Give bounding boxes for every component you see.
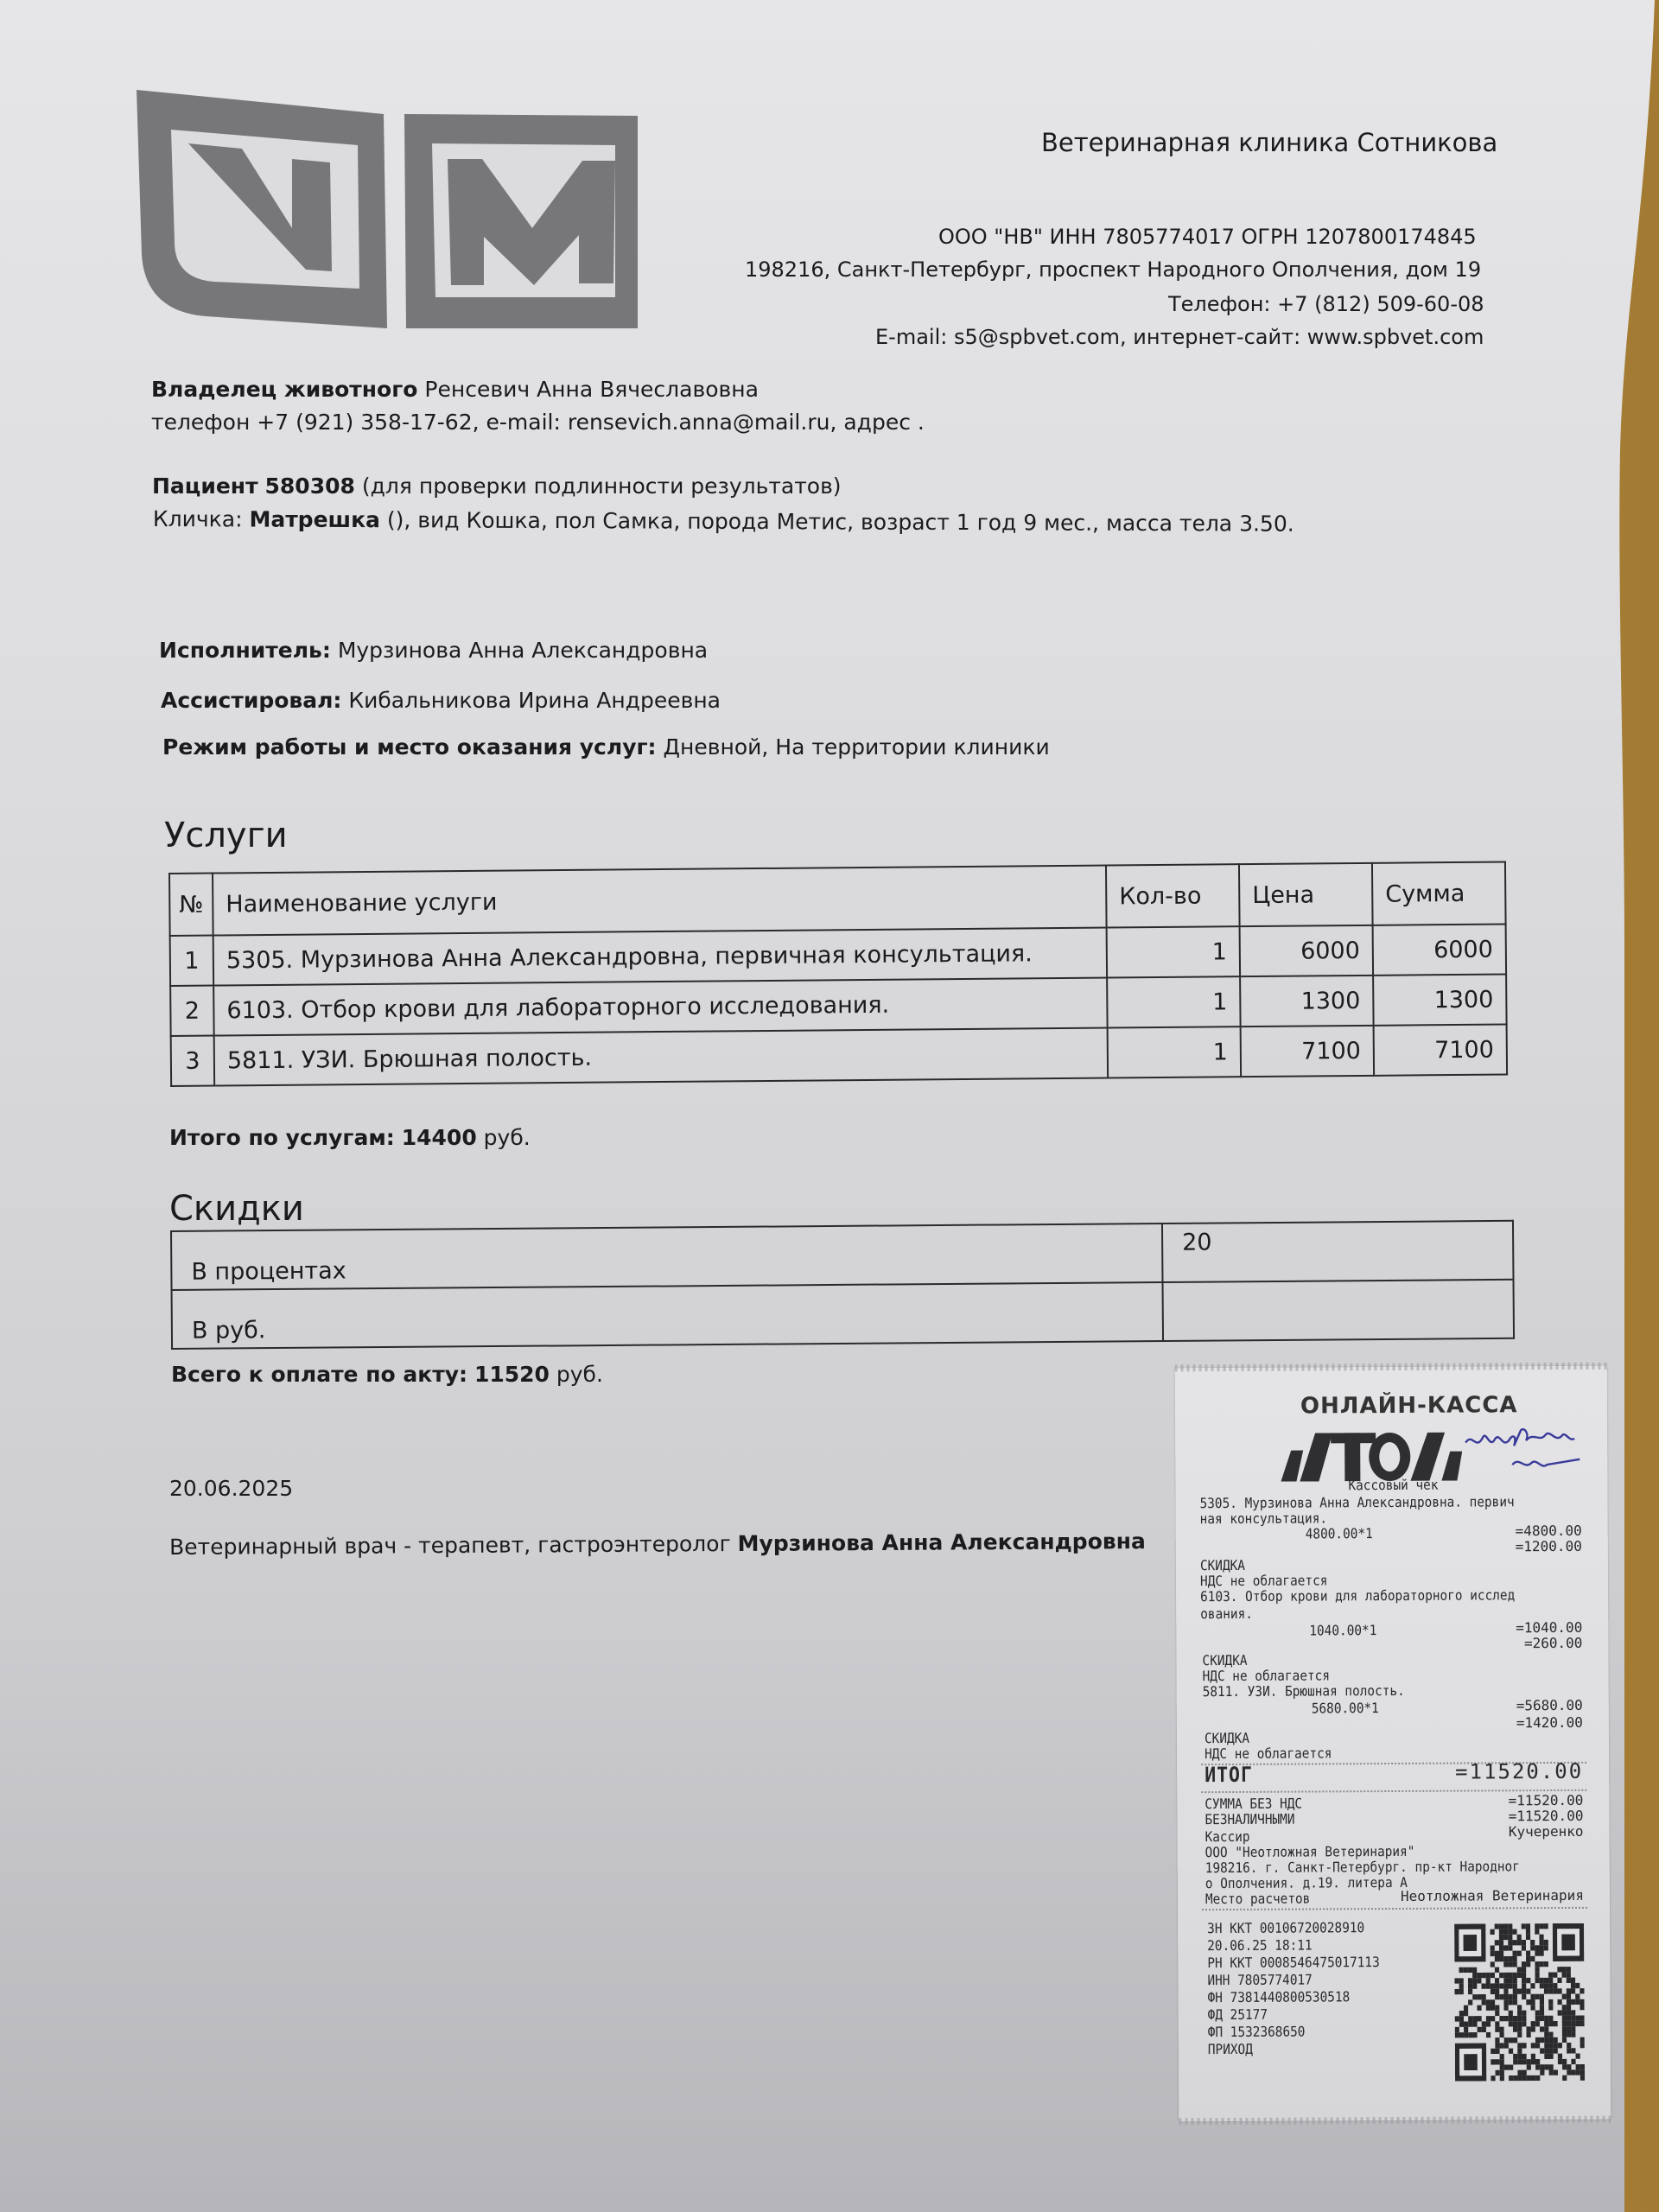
- invoice-sheet: Ветеринарная клиника Сотникова ООО "НВ" …: [0, 0, 1659, 2212]
- receipt-item-2-vat: НДС не облагается: [1203, 1668, 1330, 1684]
- services-total-label: Итого по услугам:: [169, 1125, 395, 1150]
- service-name: 5305. Мурзинова Анна Александровна, перв…: [213, 928, 1107, 986]
- receipt-tear-edge: [1179, 2116, 1611, 2126]
- service-mode-label: Режим работы и место оказания услуг:: [162, 734, 657, 760]
- patient-id-note: (для проверки подлинности результатов): [362, 474, 842, 499]
- act-date: 20.06.2025: [169, 1476, 293, 1501]
- receipt-total-label: ИТОГ: [1205, 1767, 1253, 1783]
- service-row: 35811. УЗИ. Брюшная полость.171007100: [171, 1024, 1507, 1085]
- receipt-item-1-line2: ная консультация.: [1200, 1510, 1327, 1527]
- service-mode-line: Режим работы и место оказания услуг: Дне…: [162, 734, 1050, 760]
- receipt-item-1-discount: =1200.00: [1516, 1539, 1582, 1554]
- services-header-row: № Наименование услуги Кол-во Цена Сумма: [169, 862, 1506, 936]
- nickname-label: Кличка:: [153, 506, 243, 531]
- performer-label: Исполнитель:: [159, 638, 331, 663]
- receipt-item-1-vat: НДС не облагается: [1200, 1573, 1327, 1589]
- col-service-name: Наименование услуги: [213, 866, 1107, 936]
- receipt-datetime: 20.06.25 18:11: [1207, 1937, 1312, 1954]
- doctor-signature-line: Ветеринарный врач - терапевт, гастроэнте…: [169, 1529, 1146, 1560]
- receipt-address-2: о Ополчения. д.19. литера А: [1205, 1875, 1408, 1891]
- service-sum: 7100: [1374, 1024, 1508, 1075]
- service-name: 5811. УЗИ. Брюшная полость.: [214, 1028, 1108, 1086]
- payment-total-value: 11520: [474, 1362, 550, 1387]
- qr-code-icon[interactable]: [1454, 1923, 1585, 2082]
- receipt-cashier: Кучеренко: [1509, 1824, 1584, 1840]
- services-table: № Наименование услуги Кол-во Цена Сумма …: [168, 861, 1508, 1086]
- performer-name: Мурзинова Анна Александровна: [338, 638, 708, 663]
- performer-line: Исполнитель: Мурзинова Анна Александровн…: [159, 638, 708, 663]
- receipt-item-3-qty-price: 5680.00*1: [1312, 1700, 1379, 1716]
- discount-rub-value: [1163, 1280, 1515, 1341]
- receipt-doc-type: Кассовый чек: [1348, 1478, 1438, 1494]
- col-price: Цена: [1239, 863, 1373, 926]
- discounts-table: В процентах 20 В руб.: [170, 1220, 1515, 1350]
- owner-line: Владелец животного Ренсевич Анна Вячесла…: [151, 377, 759, 402]
- receipt-item-3-vat: НДС не облагается: [1205, 1745, 1332, 1762]
- receipt-place: Неотложная Ветеринария: [1401, 1888, 1584, 1904]
- receipt-item-2-amount: =1040.00: [1516, 1620, 1582, 1636]
- row-number: 3: [171, 1036, 215, 1086]
- receipt-address-1: 198216. г. Санкт-Петербург. пр-кт Народн…: [1205, 1859, 1520, 1876]
- services-title: Услуги: [164, 816, 288, 855]
- service-price: 7100: [1241, 1026, 1375, 1077]
- patient-details: (), вид Кошка, пол Самка, порода Метис, …: [387, 507, 1294, 537]
- service-name: 6103. Отбор крови для лабораторного иссл…: [213, 978, 1107, 1036]
- col-number: №: [169, 874, 213, 936]
- payment-total-line: Всего к оплате по акту: 11520 руб.: [171, 1362, 603, 1387]
- receipt-item-1-line1: 5305. Мурзинова Анна Александровна. перв…: [1199, 1494, 1514, 1511]
- owner-name: Ренсевич Анна Вячеславовна: [424, 377, 759, 402]
- service-quantity: 1: [1107, 926, 1241, 977]
- org-requisites: ООО "НВ" ИНН 7805774017 ОГРН 12078001748…: [938, 225, 1477, 249]
- service-quantity: 1: [1108, 1027, 1242, 1077]
- receipt-item-2-qty-price: 1040.00*1: [1309, 1623, 1376, 1638]
- receipt-title: ОНЛАЙН-КАССА: [1300, 1397, 1518, 1414]
- discount-percent-label: В процентах: [171, 1224, 1162, 1290]
- service-quantity: 1: [1107, 976, 1241, 1027]
- services-total-currency: руб.: [484, 1125, 531, 1150]
- service-price: 1300: [1240, 976, 1374, 1027]
- patient-line: Пациент 580308 (для проверки подлинности…: [152, 474, 842, 499]
- owner-label: Владелец животного: [151, 377, 417, 402]
- services-total-value: 14400: [402, 1125, 477, 1150]
- discounts-title: Скидки: [169, 1189, 304, 1229]
- service-sum: 1300: [1373, 974, 1507, 1025]
- receipt-item-1-discount-label: СКИДКА: [1200, 1558, 1245, 1573]
- assistant-label: Ассистировал:: [161, 688, 341, 713]
- discount-rub-label: В руб.: [172, 1282, 1163, 1349]
- receipt-divider: [1202, 1907, 1587, 1910]
- patient-id: 580308: [265, 474, 355, 499]
- receipt-inn: ИНН 7805774017: [1207, 1972, 1312, 1988]
- receipt-sum-no-vat-label: СУММА БЕЗ НДС: [1205, 1796, 1302, 1813]
- service-mode-value: Дневной, На территории клиники: [664, 734, 1050, 760]
- service-price: 6000: [1240, 925, 1374, 976]
- assistant-name: Кибальникова Ирина Андреевна: [348, 688, 721, 713]
- patient-details-line: Кличка: Матрешка (), вид Кошка, пол Самк…: [153, 506, 1294, 537]
- clinic-logo-icon: [137, 90, 638, 328]
- assistant-line: Ассистировал: Кибальникова Ирина Андреев…: [161, 688, 721, 713]
- clinic-name: Ветеринарная клиника Сотникова: [1041, 128, 1497, 157]
- doctor-name: Мурзинова Анна Александровна: [738, 1529, 1146, 1556]
- discount-percent-value: 20: [1162, 1221, 1514, 1282]
- payment-total-currency: руб.: [556, 1362, 603, 1387]
- receipt-item-3-discount-label: СКИДКА: [1205, 1731, 1249, 1746]
- row-number: 2: [170, 986, 214, 1036]
- payment-total-label: Всего к оплате по акту:: [171, 1362, 467, 1387]
- receipt-fn: ФН 7381440800530518: [1207, 1989, 1350, 2005]
- receipt-item-1-qty-price: 4800.00*1: [1306, 1526, 1373, 1541]
- patient-nickname: Матрешка: [249, 506, 380, 532]
- receipt-item-3-amount: =5680.00: [1516, 1698, 1583, 1713]
- receipt-item-2-discount: =260.00: [1524, 1636, 1583, 1651]
- clinic-phone: Телефон: +7 (812) 509-60-08: [1168, 292, 1484, 316]
- receipt-operation: ПРИХОД: [1208, 2042, 1253, 2057]
- service-sum: 6000: [1373, 924, 1507, 975]
- col-quantity: Кол-во: [1106, 864, 1240, 927]
- services-total-line: Итого по услугам: 14400 руб.: [169, 1125, 531, 1150]
- receipt-item-3-line1: 5811. УЗИ. Брюшная полость.: [1203, 1683, 1405, 1700]
- atol-logo-icon: АТОЛ: [1281, 1433, 1462, 1482]
- receipt-zn-kkt: ЗН ККТ 00106720028910: [1207, 1920, 1364, 1936]
- handwritten-note-icon: Матрешка: [1460, 1425, 1581, 1486]
- patient-label: Пациент: [152, 474, 258, 499]
- discount-row-rub: В руб.: [172, 1280, 1514, 1349]
- owner-contacts: телефон +7 (921) 358-17-62, e-mail: rens…: [151, 410, 925, 435]
- receipt-cashier-label: Кассир: [1205, 1829, 1250, 1845]
- receipt-tear-edge: [1175, 1363, 1607, 1372]
- receipt-cashless: =11520.00: [1509, 1808, 1584, 1824]
- receipt-item-2-discount-label: СКИДКА: [1202, 1653, 1247, 1669]
- receipt-fp: ФП 1532368650: [1208, 2024, 1306, 2041]
- receipt-item-2-line1: 6103. Отбор крови для лабораторного иссл…: [1200, 1587, 1515, 1605]
- receipt-cashless-label: БЕЗНАЛИЧНЫМИ: [1205, 1812, 1294, 1828]
- row-number: 1: [170, 936, 214, 986]
- cash-receipt: ОНЛАЙН-КАССА АТОЛ Матрешка Кассовый чек …: [1175, 1366, 1611, 2122]
- receipt-item-2-line2: ования.: [1200, 1606, 1253, 1622]
- receipt-item-1-amount: =4800.00: [1516, 1523, 1582, 1539]
- col-sum: Сумма: [1372, 862, 1506, 925]
- receipt-sum-no-vat: =11520.00: [1509, 1793, 1584, 1808]
- clinic-email-site: E-mail: s5@spbvet.com, интернет-сайт: ww…: [875, 325, 1484, 349]
- doctor-role: Ветеринарный врач - терапевт, гастроэнте…: [169, 1531, 731, 1560]
- receipt-total-value: =11520.00: [1455, 1764, 1583, 1780]
- clinic-address: 198216, Санкт-Петербург, проспект Народн…: [745, 257, 1481, 282]
- receipt-fd: ФД 25177: [1208, 2007, 1268, 2023]
- receipt-rn-kkt: РН ККТ 0008546475017113: [1207, 1955, 1379, 1971]
- receipt-item-3-discount: =1420.00: [1516, 1715, 1583, 1731]
- receipt-place-label: Место расчетов: [1205, 1891, 1310, 1908]
- discount-row-percent: В процентах 20: [171, 1221, 1513, 1290]
